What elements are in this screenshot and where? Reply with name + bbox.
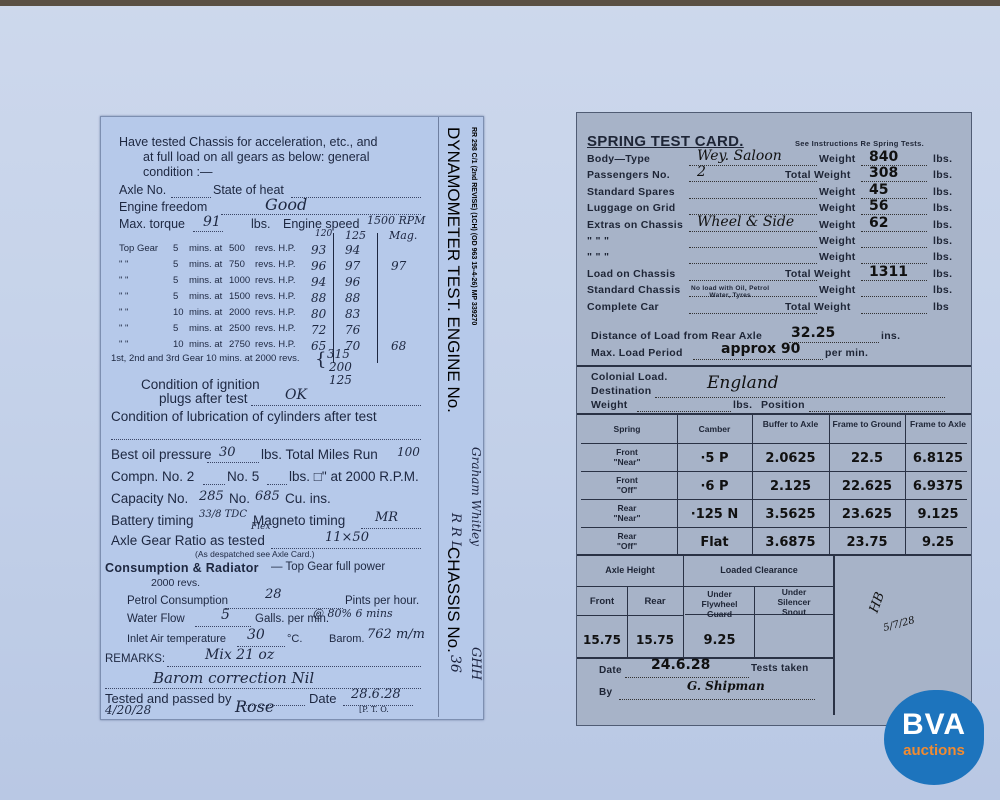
approval-initials: HB <box>867 590 888 615</box>
lower-gear-value-1: 315 <box>327 347 350 361</box>
gear-revs-label: revs. H.P. <box>255 291 295 302</box>
spring-position-2: "Near" <box>614 457 641 467</box>
axle-rear-label: Rear <box>627 597 683 607</box>
spring-position-1: Front <box>616 475 638 485</box>
axle-card-note: (As despatched see Axle Card.) <box>195 549 315 559</box>
intro-line-3: condition :— <box>143 165 212 179</box>
spring-ground-value: 22.5 <box>829 451 905 466</box>
weight-label: Weight <box>819 235 856 247</box>
gear-mins-label: mins. at <box>189 307 222 318</box>
engine-freedom-label: Engine freedom <box>119 200 207 214</box>
silencer-label-3: Snout <box>782 607 806 617</box>
barom-value: 762 m/m <box>367 627 425 642</box>
total-miles-value: 100 <box>397 445 420 459</box>
weight-label: Weight <box>819 202 856 214</box>
form-code: RR 298 C/1 (2nd REVISE) (1CH) (OD 963 15… <box>470 127 477 325</box>
weight-label: Weight <box>819 219 856 231</box>
gear-hp-value: 88 <box>311 291 326 305</box>
capacity-no1: 285 <box>199 489 224 504</box>
chassis-no-value: 36 <box>447 655 463 673</box>
weight-row-label: Standard Chassis <box>587 284 681 296</box>
consumption-revs: 2000 revs. <box>151 577 200 589</box>
engine-freedom-value: Good <box>265 195 307 214</box>
gear-revs: 1000 <box>229 275 250 286</box>
inlet-air-label: Inlet Air temperature <box>127 633 226 645</box>
gear-col2-value: 88 <box>345 291 360 305</box>
weight-row-label: Complete Car <box>587 301 659 313</box>
bottom-date-value: 24.6.28 <box>651 657 710 673</box>
battery-timing-value: 33/8 TDC <box>199 509 247 520</box>
axle-height-label: Axle Height <box>577 565 683 575</box>
spring-position-2: "Near" <box>614 513 641 523</box>
gear-name: " " <box>119 323 128 334</box>
petrol-unit: Pints per hour. <box>345 595 419 607</box>
weight-row-value: 2 <box>697 164 706 180</box>
gear-col2-value: 76 <box>345 323 360 337</box>
spring-buffer-value: 2.0625 <box>752 451 829 466</box>
flywheel-value: 9.25 <box>685 633 754 648</box>
std-chassis-note-2: Water, Tyres <box>709 292 751 299</box>
by-value: G. Shipman <box>687 679 765 693</box>
weight-label: Total Weight <box>785 268 851 280</box>
silencer-label: Under Silencer Snout <box>755 587 833 617</box>
dynamometer-card-body: Have tested Chassis for acceleration, et… <box>105 117 437 717</box>
spring-camber-value: ·5 P <box>677 451 752 466</box>
background-edge <box>0 0 1000 6</box>
oil-pressure-label: Best oil pressure <box>111 447 212 462</box>
weight-value: 840 <box>869 149 898 165</box>
weight-row-label: " " " <box>587 235 609 247</box>
spring-ground-value: 23.625 <box>829 507 905 522</box>
gear-col2-value: 96 <box>345 275 360 289</box>
spring-position: Rear"Near" <box>577 503 677 523</box>
gear-revs: 2000 <box>229 307 250 318</box>
spring-table-header: Camber <box>677 424 752 434</box>
gear-name: " " <box>119 291 128 302</box>
axle-no-label: Axle No. <box>119 183 166 197</box>
weight-row-label: Body—Type <box>587 153 650 165</box>
max-torque-value: 91 <box>203 214 221 230</box>
petrol-value: 28 <box>265 587 282 602</box>
axle-ratio-note: Flex <box>251 522 271 532</box>
weight-unit: lbs. <box>933 169 952 181</box>
axle-ratio-label: Axle Gear Ratio as tested <box>111 533 265 548</box>
weight-value: 308 <box>869 165 898 181</box>
water-flow-label: Water Flow <box>127 613 185 625</box>
logo-text-bva: BVA <box>884 708 984 742</box>
axle-rear-value: 15.75 <box>627 633 683 647</box>
weight-label: Total Weight <box>785 169 851 181</box>
brace: { <box>315 349 326 370</box>
gear-col2-value: 94 <box>345 243 360 257</box>
weight-value: 62 <box>869 215 888 231</box>
chassis-label: CHASSIS No. <box>443 547 463 653</box>
capacity-label: Capacity No. <box>111 491 188 506</box>
weight-unit: lbs. <box>933 284 952 296</box>
gear-revs: 2500 <box>229 323 250 334</box>
gear-revs-label: revs. H.P. <box>255 323 295 334</box>
tests-taken-label: Tests taken <box>751 663 809 674</box>
spring-ground-value: 22.625 <box>829 479 905 494</box>
std-chassis-note-1: No load with Oil, Petrol <box>691 285 769 292</box>
by-label: By <box>599 687 612 698</box>
tested-initials: 4/20/28 <box>105 703 151 717</box>
gear-mins: 5 <box>173 259 178 270</box>
lubrication-label: Condition of lubrication of cylinders af… <box>111 409 377 424</box>
weight-unit: lbs. <box>933 153 952 165</box>
weight-label: Weight <box>819 284 856 296</box>
gear-revs: 2750 <box>229 339 250 350</box>
gear-revs: 500 <box>229 243 245 254</box>
weight-row-label: Load on Chassis <box>587 268 676 280</box>
weight-value: 1311 <box>869 264 908 280</box>
flywheel-label-1: Under <box>707 589 732 599</box>
gear-revs: 1500 <box>229 291 250 302</box>
weight-row-label: " " " <box>587 251 609 263</box>
weight-row-label: Passengers No. <box>587 169 670 181</box>
ignition-label-2: plugs after test <box>159 391 248 406</box>
water-flow-unit: Galls. per min. <box>255 613 329 625</box>
spring-position-1: Front <box>616 447 638 457</box>
colonial-label: Colonial Load. <box>591 371 668 383</box>
spring-position: Front"Near" <box>577 447 677 467</box>
gear-mins: 10 <box>173 307 184 318</box>
gear-name: " " <box>119 259 128 270</box>
intro-line-1: Have tested Chassis for acceleration, et… <box>119 135 377 149</box>
date-label: Date <box>309 691 336 706</box>
spring-position: Rear"Off" <box>577 531 677 551</box>
gear-hp-value: 96 <box>311 259 326 273</box>
weight-row-value: Wey. Saloon <box>697 148 782 164</box>
engine-speed-value: 1500 RPM <box>367 214 425 227</box>
colonial-weight-label: Weight <box>591 399 628 411</box>
gear-revs-label: revs. H.P. <box>255 259 295 270</box>
compn-label: Compn. No. 2 <box>111 469 194 484</box>
spine-title: DYNAMOMETER TEST. ENGINE No. <box>443 127 463 413</box>
gear-mins-label: mins. at <box>189 243 222 254</box>
tested-by-signature: Rose <box>235 697 274 716</box>
gear-revs-label: revs. H.P. <box>255 243 295 254</box>
ignition-label-1: Condition of ignition <box>141 377 260 392</box>
spring-table-header: Frame to Axle <box>905 419 971 429</box>
spring-buffer-value: 3.5625 <box>752 507 829 522</box>
gear-mins: 5 <box>173 275 178 286</box>
inlet-air-value: 30 <box>247 627 265 643</box>
gear-hp-value: 72 <box>311 323 326 337</box>
col3-header-value: Mag. <box>389 229 417 242</box>
weight-unit: lbs. <box>933 268 952 280</box>
spring-buffer-value: 3.6875 <box>752 535 829 550</box>
spring-position-2: "Off" <box>617 485 637 495</box>
spring-position: Front"Off" <box>577 475 677 495</box>
weight-unit: lbs. <box>933 186 952 198</box>
weight-label: Weight <box>819 186 856 198</box>
spine-code-hand: GHH <box>468 647 483 680</box>
spring-camber-value: ·6 P <box>677 479 752 494</box>
gear-name: " " <box>119 339 128 350</box>
gear-mins: 10 <box>173 339 184 350</box>
hp-header-value: 120 <box>315 229 332 239</box>
barom-label: Barom. <box>329 633 364 645</box>
gear-col2-value: 97 <box>345 259 360 273</box>
spring-buffer-value: 2.125 <box>752 479 829 494</box>
capacity-no-label: No. <box>229 491 250 506</box>
dynamometer-spine: RR 298 C/1 (2nd REVISE) (1CH) (OD 963 15… <box>438 117 483 717</box>
total-miles-label: lbs. Total Miles Run <box>261 447 378 462</box>
silencer-label-1: Under <box>782 587 807 597</box>
distance-unit: ins. <box>881 330 900 342</box>
water-flow-value: 5 <box>221 607 230 623</box>
weight-label: Total Weight <box>785 301 851 313</box>
destination-label: Destination <box>591 385 651 397</box>
petrol-label: Petrol Consumption <box>127 595 228 607</box>
distance-value: 32.25 <box>791 325 835 341</box>
remarks-line-1: Mix 21 oz <box>205 647 274 663</box>
compn-no5-label: No. 5 <box>227 469 259 484</box>
flywheel-label: Under Flywheel Guard <box>685 589 754 619</box>
pto-label: [P. T. O. <box>359 705 389 714</box>
spring-position-1: Rear <box>618 503 637 513</box>
gear-name: " " <box>119 307 128 318</box>
oil-pressure-value: 30 <box>219 445 236 460</box>
battery-timing-label: Battery timing <box>111 513 194 528</box>
weight-value: 56 <box>869 198 888 214</box>
gear-name: Top Gear <box>119 243 158 254</box>
intro-line-2: at full load on all gears as below: gene… <box>143 150 370 164</box>
col2-header-value: 125 <box>345 229 366 242</box>
weight-unit: lbs. <box>933 251 952 263</box>
magneto-timing-value: MR <box>375 510 398 525</box>
weight-row-label: Extras on Chassis <box>587 219 683 231</box>
weight-unit: lbs. <box>933 202 952 214</box>
spine-signature: Graham Whitley <box>469 447 483 546</box>
remarks-label: REMARKS: <box>105 653 165 665</box>
remarks-line-2: Barom correction Nil <box>153 669 314 687</box>
axle-front-value: 15.75 <box>577 633 627 647</box>
gear-col3-value: 68 <box>391 339 406 353</box>
gear-revs: 750 <box>229 259 245 270</box>
max-load-label: Max. Load Period <box>591 347 683 359</box>
flywheel-label-3: Guard <box>707 609 732 619</box>
gear-hp-value: 80 <box>311 307 326 321</box>
spring-table-header: Buffer to Axle <box>752 419 829 429</box>
gear-col3-value: 97 <box>391 259 406 273</box>
spring-position-1: Rear <box>618 531 637 541</box>
consumption-sub: — Top Gear full power <box>271 561 385 573</box>
gear-mins-label: mins. at <box>189 291 222 302</box>
max-torque-label: Max. torque <box>119 217 185 231</box>
compn-tail: lbs. □" at 2000 R.P.M. <box>289 469 419 484</box>
destination-value: England <box>707 373 779 393</box>
spring-ground-value: 23.75 <box>829 535 905 550</box>
capacity-no2: 685 <box>255 489 280 504</box>
spring-table-header: Spring <box>577 424 677 434</box>
max-load-value: approx 90 <box>721 341 800 357</box>
gear-mins-label: mins. at <box>189 323 222 334</box>
loaded-clearance-label: Loaded Clearance <box>685 565 833 575</box>
consumption-title: Consumption & Radiator <box>105 561 259 575</box>
lower-gears-label: 1st, 2nd and 3rd Gear 10 mins. at 2000 r… <box>111 353 300 364</box>
gear-mins-label: mins. at <box>189 339 222 350</box>
colonial-lbs-label: lbs. <box>733 399 752 411</box>
spring-axle-value: 9.125 <box>905 507 971 522</box>
lower-gear-value-2: 200 <box>329 360 352 374</box>
spring-camber-value: ·125 N <box>677 507 752 522</box>
spring-axle-value: 6.8125 <box>905 451 971 466</box>
gear-revs-label: revs. H.P. <box>255 275 295 286</box>
weight-unit: lbs <box>933 301 949 313</box>
gear-hp-value: 94 <box>311 275 326 289</box>
approval-date: 5/7/28 <box>882 615 916 634</box>
gear-hp-value: 93 <box>311 243 326 257</box>
bottom-date-label: Date <box>599 665 622 676</box>
flywheel-label-2: Flywheel <box>702 599 738 609</box>
spring-axle-value: 9.25 <box>905 535 971 550</box>
logo-text-auctions: auctions <box>884 742 984 759</box>
instructions-note: See Instructions Re Spring Tests. <box>795 139 924 148</box>
ignition-value: OK <box>285 387 307 403</box>
capacity-unit: Cu. ins. <box>285 491 331 506</box>
gear-mins: 5 <box>173 323 178 334</box>
weight-row-value: Wheel & Side <box>697 214 794 230</box>
spring-test-card: SPRING TEST CARD. See Instructions Re Sp… <box>576 112 972 726</box>
axle-front-label: Front <box>577 597 627 607</box>
weight-row-label: Standard Spares <box>587 186 675 198</box>
lbs-label: lbs. <box>251 217 270 231</box>
dynamometer-test-card: Have tested Chassis for acceleration, et… <box>100 116 484 720</box>
weight-unit: lbs. <box>933 219 952 231</box>
bva-auctions-logo: BVA auctions <box>884 690 984 785</box>
date-value: 28.6.28 <box>351 687 401 702</box>
gear-revs-label: revs. H.P. <box>255 307 295 318</box>
spring-camber-value: Flat <box>677 535 752 550</box>
gear-revs-label: revs. H.P. <box>255 339 295 350</box>
lower-gear-value-3: 125 <box>329 373 352 387</box>
gear-col2-value: 83 <box>345 307 360 321</box>
axle-ratio-value: 11×50 <box>325 530 369 545</box>
weight-label: Weight <box>819 153 856 165</box>
gear-name: " " <box>119 275 128 286</box>
silencer-label-2: Silencer <box>777 597 810 607</box>
inlet-air-unit: °C. <box>287 633 302 645</box>
spring-position-2: "Off" <box>617 541 637 551</box>
gear-mins: 5 <box>173 291 178 302</box>
position-label: Position <box>761 399 805 411</box>
weight-label: Weight <box>819 251 856 263</box>
weight-value: 45 <box>869 182 888 198</box>
gear-mins: 5 <box>173 243 178 254</box>
spring-table-header: Frame to Ground <box>829 419 905 429</box>
max-load-unit: per min. <box>825 347 868 359</box>
spring-axle-value: 6.9375 <box>905 479 971 494</box>
weight-row-label: Luggage on Grid <box>587 202 676 214</box>
engine-no-value: R R L <box>448 513 463 549</box>
gear-mins-label: mins. at <box>189 275 222 286</box>
weight-unit: lbs. <box>933 235 952 247</box>
gear-mins-label: mins. at <box>189 259 222 270</box>
std-chassis-note: No load with Oil, Petrol Water, Tyres <box>691 285 769 299</box>
